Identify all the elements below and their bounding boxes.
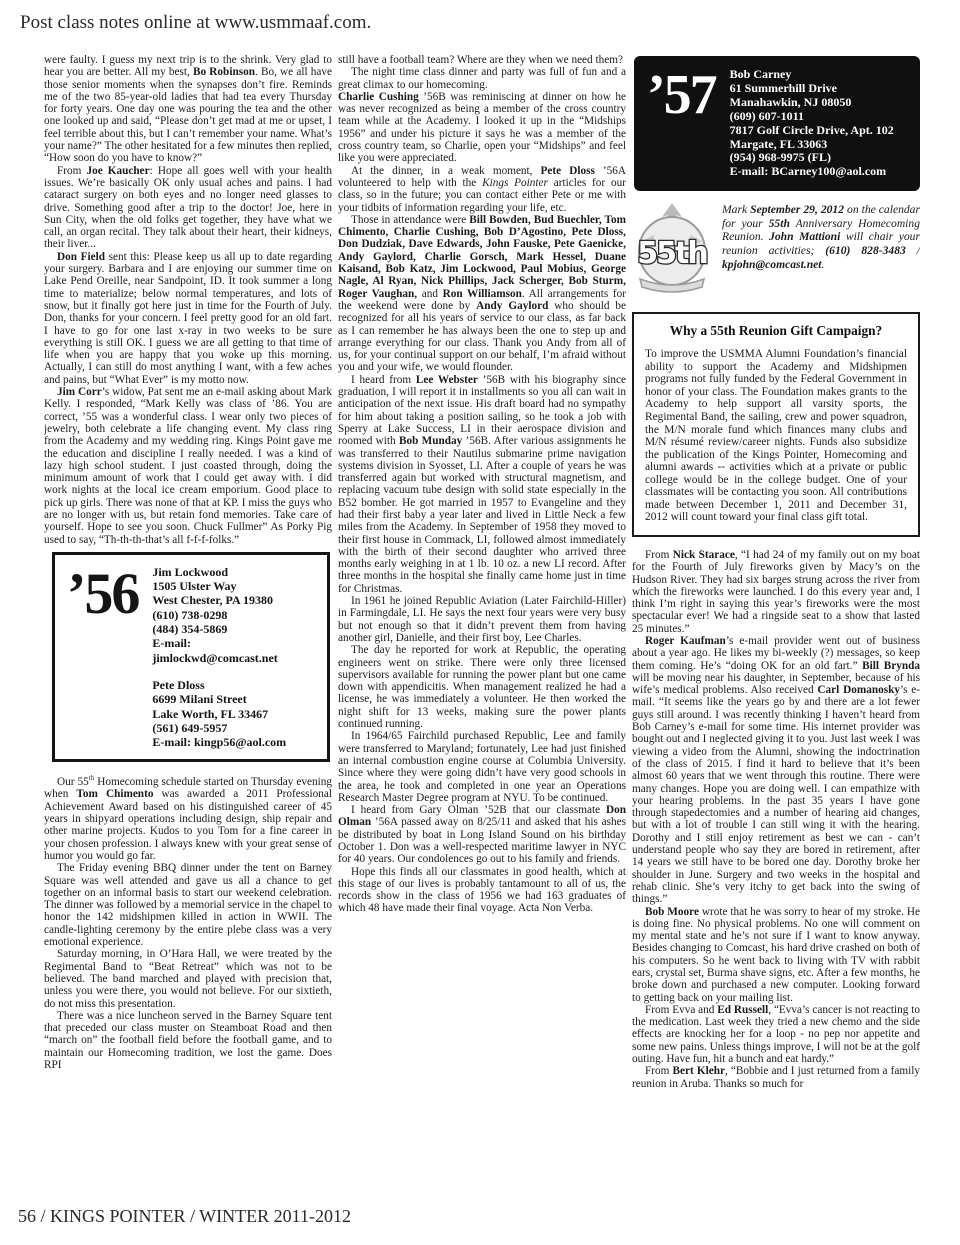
contact-address: Margate, FL 33063: [730, 138, 894, 152]
column-1: were faulty. I guess my next trip is to …: [44, 54, 332, 1199]
paragraph: I heard from Gary Olman ’52B that our cl…: [338, 804, 626, 865]
class-year-label: ’57: [647, 72, 716, 179]
paragraph: At the dinner, in a weak moment, Pete Dl…: [338, 165, 626, 214]
gift-campaign-title: Why a 55th Reunion Gift Campaign?: [645, 323, 907, 339]
class-57-contact-box: ’57 Bob Carney 61 Summerhill Drive Manah…: [634, 56, 920, 191]
class-year-label: ’56: [67, 569, 138, 750]
paragraph: Hope this finds all our classmates in go…: [338, 866, 626, 915]
reunion-note-text: Mark September 29, 2012 on the calendar …: [722, 203, 920, 302]
gift-campaign-box: Why a 55th Reunion Gift Campaign? To imp…: [632, 312, 920, 537]
55th-anniversary-logo-icon: 55th: [632, 201, 714, 302]
contact-phone: (954) 968-9975 (FL): [730, 151, 894, 165]
contact-address: 61 Summerhill Drive: [730, 82, 894, 96]
page-header-notice: Post class notes online at www.usmmaaf.c…: [20, 12, 371, 34]
contact-phone: (484) 354-5869: [152, 622, 317, 636]
contact-phone: (609) 607-1011: [730, 110, 894, 124]
paragraph: I heard from Lee Webster ’56B with his b…: [338, 374, 626, 595]
contact-address: West Chester, PA 19380: [152, 593, 317, 607]
contact-phone: (610) 738-0298: [152, 608, 317, 622]
page-footer: 56 / KINGS POINTER / WINTER 2011-2012: [18, 1206, 351, 1227]
paragraph: Jim Corr’s widow, Pat sent me an e-mail …: [44, 386, 332, 546]
contact-name: Pete Dloss: [152, 678, 317, 692]
paragraph: In 1961 he joined Republic Aviation (Lat…: [338, 595, 626, 644]
contact-block: Pete Dloss 6699 Milani Street Lake Worth…: [152, 678, 317, 749]
contact-email: E-mail: jimlockwd@comcast.net: [152, 636, 317, 665]
paragraph: There was a nice luncheon served in the …: [44, 1010, 332, 1071]
paragraph: From Joe Kaucher: Hope all goes well wit…: [44, 165, 332, 251]
paragraph: From Bert Klehr, “Bobbie and I just retu…: [632, 1065, 920, 1090]
paragraph: Saturday morning, in O’Hara Hall, we wer…: [44, 948, 332, 1009]
contact-email: E-mail: kingp56@aol.com: [152, 735, 317, 749]
paragraph: The night time class dinner and party wa…: [338, 66, 626, 91]
paragraph: The day he reported for work at Republic…: [338, 644, 626, 730]
paragraph: The Friday evening BBQ dinner under the …: [44, 862, 332, 948]
paragraph: Don Field sent this: Please keep us all …: [44, 251, 332, 386]
gift-campaign-body: To improve the USMMA Alumni Foundation’s…: [645, 348, 907, 524]
paragraph: Roger Kaufman’s e-mail provider went out…: [632, 635, 920, 906]
contact-phone: (561) 649-5957: [152, 721, 317, 735]
contact-address: Manahawkin, NJ 08050: [730, 96, 894, 110]
contact-name: Jim Lockwood: [152, 565, 317, 579]
contact-address: 1505 Ulster Way: [152, 579, 317, 593]
contact-address: 7817 Golf Circle Drive, Apt. 102: [730, 124, 894, 138]
paragraph: still have a football team? Where are th…: [338, 54, 626, 66]
paragraph: Charlie Cushing ’56B was reminiscing at …: [338, 91, 626, 165]
contact-block: Jim Lockwood 1505 Ulster Way West Cheste…: [152, 565, 317, 665]
svg-text:55th: 55th: [637, 236, 707, 271]
class-56-contacts: Jim Lockwood 1505 Ulster Way West Cheste…: [152, 565, 317, 750]
column-3: ’57 Bob Carney 61 Summerhill Drive Manah…: [632, 54, 920, 1199]
contact-address: 6699 Milani Street: [152, 692, 317, 706]
paragraph: From Evva and Ed Russell, “Evva’s cancer…: [632, 1004, 920, 1065]
contact-address: Lake Worth, FL 33467: [152, 707, 317, 721]
class-56-contact-box: ’56 Jim Lockwood 1505 Ulster Way West Ch…: [52, 552, 330, 763]
column-2: still have a football team? Where are th…: [338, 54, 626, 1199]
contact-block: Bob Carney 61 Summerhill Drive Manahawki…: [730, 68, 894, 179]
paragraph: In 1964/65 Fairchild purchased Republic,…: [338, 730, 626, 804]
paragraph: Bob Moore wrote that he was sorry to hea…: [632, 906, 920, 1004]
contact-email: E-mail: BCarney100@aol.com: [730, 165, 894, 179]
paragraph: Our 55th Homecoming schedule started on …: [44, 772, 332, 862]
paragraph: Those in attendance were Bill Bowden, Bu…: [338, 214, 626, 374]
three-column-layout: were faulty. I guess my next trip is to …: [44, 54, 920, 1199]
reunion-announcement: 55th Mark September 29, 2012 on the cale…: [632, 201, 920, 302]
paragraph: were faulty. I guess my next trip is to …: [44, 54, 332, 165]
contact-name: Bob Carney: [730, 68, 894, 82]
paragraph: From Nick Starace, “I had 24 of my famil…: [632, 549, 920, 635]
magazine-page: { "header": { "notice": "Post class note…: [0, 0, 960, 1245]
